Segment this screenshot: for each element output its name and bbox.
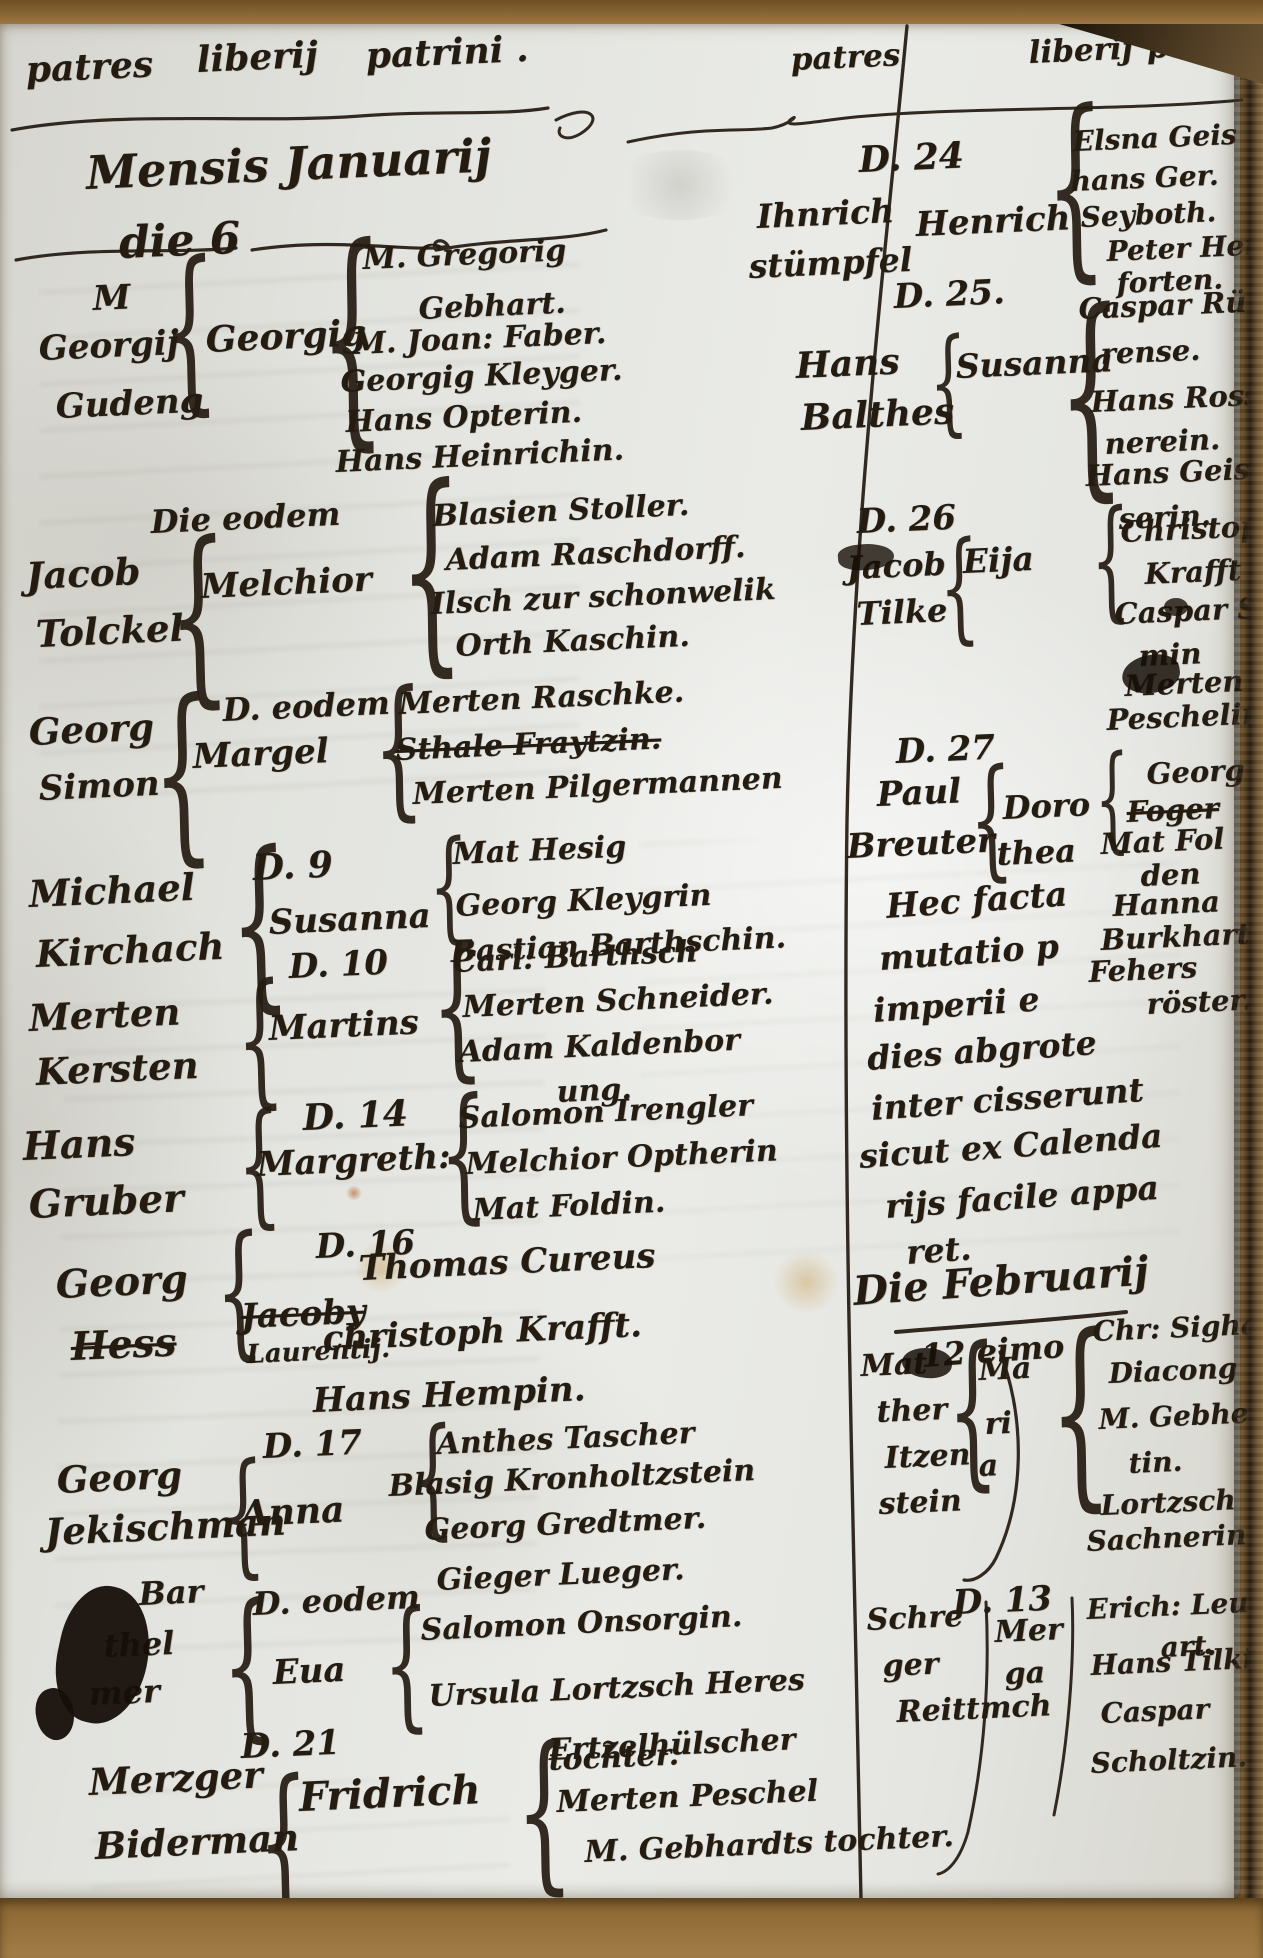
child-name: Anna — [240, 1491, 345, 1531]
baptism-date: D. 17 — [262, 1426, 363, 1464]
godparent-name: Mat Hesig — [452, 832, 627, 870]
father-name: Georg — [28, 709, 155, 751]
baptism-date: D. eodem — [222, 687, 390, 726]
father-name: Paul — [876, 774, 962, 812]
father-name: Bar — [138, 1575, 204, 1610]
child-name: ri — [984, 1409, 1012, 1440]
godparent-name: Sachnerin — [1086, 1521, 1247, 1556]
godparent-name: Burkhart — [1100, 919, 1251, 954]
father-name: Merzger — [88, 1756, 263, 1801]
child-name: thea — [996, 835, 1076, 870]
child-name: ga — [1004, 1658, 1046, 1690]
godparent-name: Caspar — [1100, 1695, 1210, 1728]
godparent-name: Mat Fol — [1100, 825, 1225, 859]
father-name: Georg — [55, 1260, 189, 1305]
godparent-name: hans Ger. — [1070, 162, 1219, 196]
godparent-name: Mat Foldin. — [472, 1188, 666, 1226]
godparent-name: Scholtzin. — [1090, 1743, 1248, 1778]
godparent-name: Georg — [1146, 756, 1245, 789]
godparent-name: Seyboth. — [1080, 198, 1217, 232]
godparent-name: Elsna Geis — [1072, 121, 1237, 156]
father-name: Georg — [56, 1457, 183, 1499]
godparent-name: M. Gregorig — [362, 236, 567, 275]
ink-blot — [1164, 598, 1188, 616]
father-name: Ihnrich — [756, 194, 895, 233]
father-name: Tilke — [856, 594, 948, 630]
child-name: Melchior — [200, 563, 372, 604]
godparent-name: rense. — [1100, 336, 1201, 369]
child-name: Margreth: — [256, 1140, 451, 1182]
godparent-name: Hanna — [1112, 887, 1220, 921]
child-name: Eija — [962, 542, 1034, 578]
child-name: Fridrich — [298, 1770, 481, 1818]
father-name: Reittmch — [896, 1691, 1052, 1728]
child-name: Margel — [192, 734, 329, 774]
baptism-date: D. 25. — [893, 275, 1005, 314]
godparent-name: Diacong — [1108, 1354, 1238, 1388]
column-header: patres — [790, 40, 901, 76]
godparent-name: Fehers — [1088, 953, 1198, 987]
page-edge — [1234, 26, 1263, 1902]
father-name-cancelled: Hess — [70, 1323, 177, 1367]
manuscript-page: patres liberij patrini . patres liberij … — [0, 0, 1263, 1958]
godparent-name: Caspar Rü — [1078, 288, 1247, 324]
father-name: Gruber — [28, 1179, 184, 1225]
father-name: Jacob — [25, 553, 141, 595]
baptism-date: D. 10 — [288, 946, 389, 984]
child-name: Ma — [978, 1354, 1032, 1386]
child-name: Eua — [272, 1653, 346, 1690]
godparent-name: Krafft — [1144, 556, 1242, 589]
column-header: patrini . — [365, 31, 529, 74]
book-cover-bottom — [0, 1898, 1263, 1958]
godparent-name: tin. — [1128, 1448, 1183, 1478]
ink-brace: { — [220, 1597, 276, 1735]
father-name: ther — [876, 1395, 948, 1428]
father-name: M — [92, 280, 131, 316]
godparent-name: Lortzsch — [1100, 1486, 1236, 1520]
child-name: a — [978, 1451, 999, 1482]
child-name: Susanna — [268, 899, 431, 940]
father-name: Schre — [866, 1602, 964, 1636]
baptism-date: D. 14 — [302, 1095, 409, 1136]
baptism-date: D. 24 — [858, 137, 965, 178]
father-name: Michael — [28, 869, 195, 913]
child-name: Martins — [268, 1005, 419, 1046]
father-name: Hans — [795, 343, 900, 383]
father-name: Merten — [28, 993, 181, 1037]
column-header: patres — [25, 46, 154, 88]
child-name: Mer — [994, 1615, 1063, 1648]
father-name: Tolckel — [35, 610, 184, 653]
column-header: liberij — [196, 37, 319, 78]
father-name: stümpfel — [748, 243, 913, 283]
father-name: ger — [882, 1650, 939, 1682]
father-name: Kersten — [35, 1047, 199, 1091]
father-name: Georgij — [38, 326, 180, 366]
father-name: Hans — [22, 1123, 136, 1167]
book-cover-top — [0, 0, 1263, 24]
father-name: Simon — [38, 767, 160, 806]
child-name: Doro — [1002, 788, 1091, 824]
father-name: Kirchach — [35, 928, 225, 973]
